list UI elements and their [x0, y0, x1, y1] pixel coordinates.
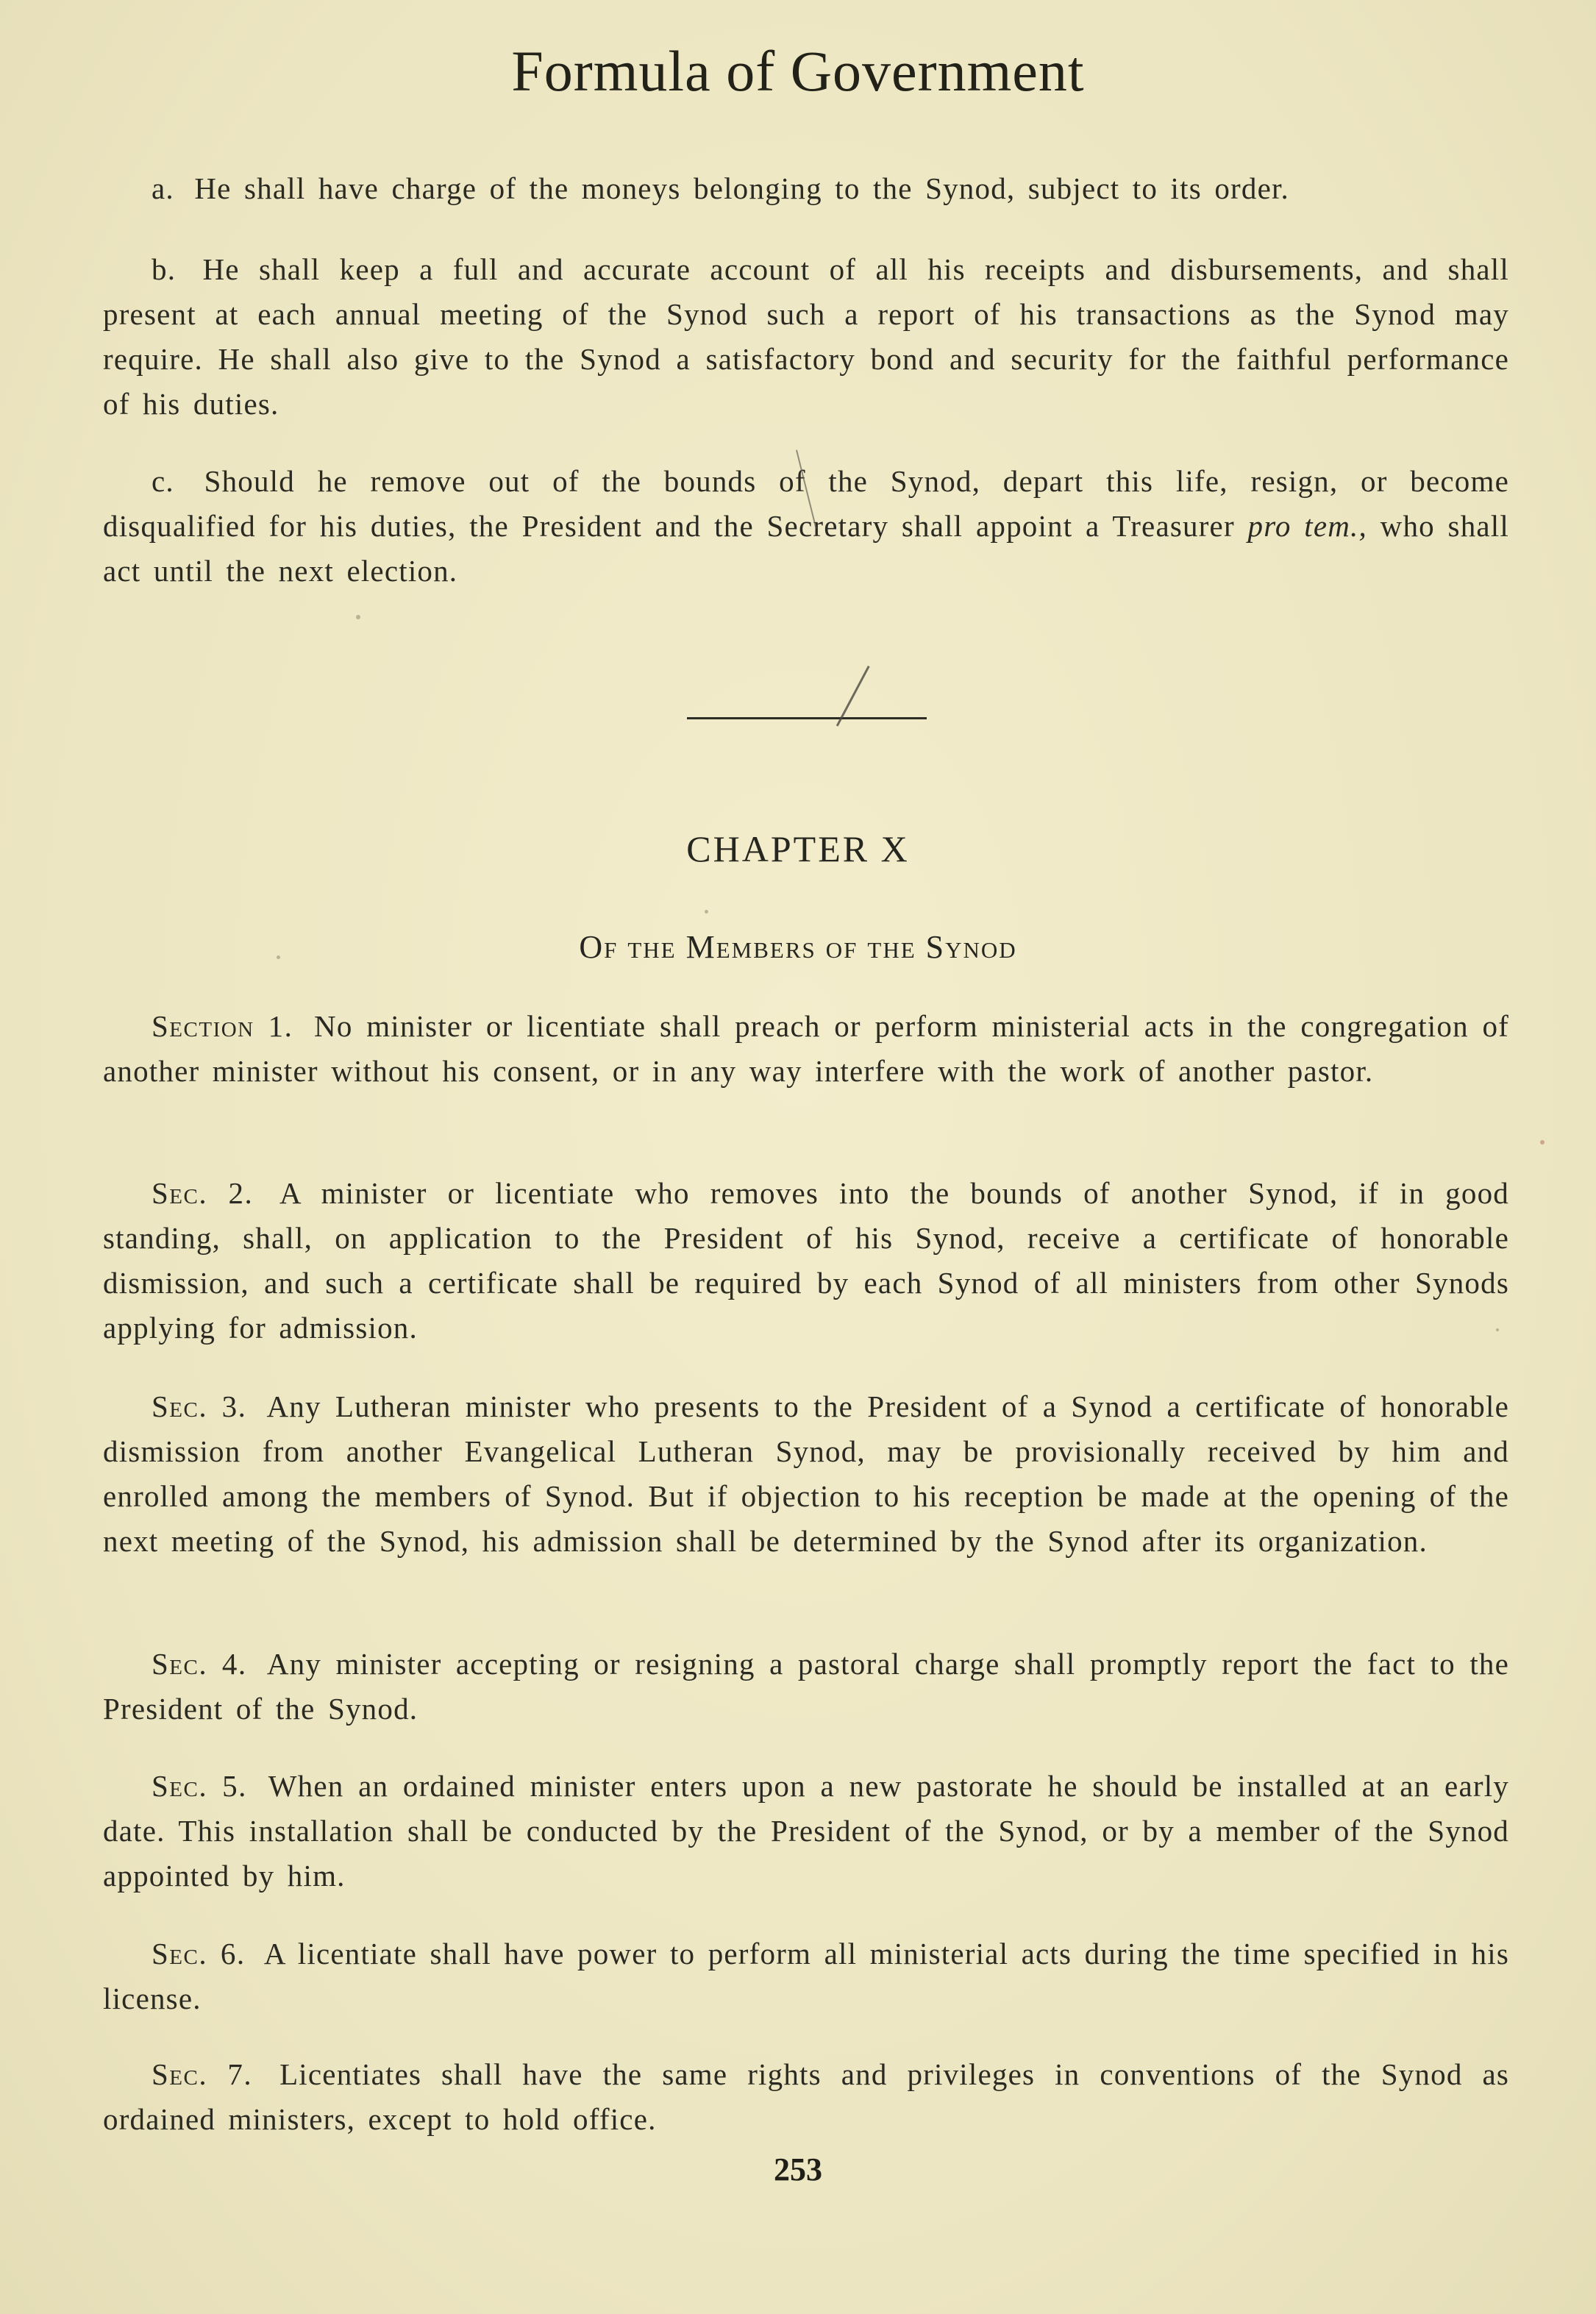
section-text: A minister or licentiate who removes int…	[103, 1176, 1509, 1345]
paper-speck	[277, 955, 280, 959]
book-page: Formula of Government a. He shall have c…	[0, 0, 1596, 2314]
chapter-title: CHAPTER X	[0, 827, 1596, 870]
section-2: Sec. 2. A minister or licentiate who rem…	[103, 1171, 1509, 1350]
section-label: Sec. 5.	[152, 1769, 247, 1803]
clause-b: b. He shall keep a full and accurate acc…	[103, 247, 1509, 427]
paper-speck	[1540, 1140, 1545, 1144]
section-label: Sec. 7.	[152, 2057, 252, 2091]
section-label: Section 1.	[152, 1009, 293, 1043]
paper-speck	[705, 910, 708, 914]
section-text: A licentiate shall have power to perform…	[103, 1937, 1509, 2015]
paper-speck	[1496, 1328, 1499, 1331]
clause-label: b.	[152, 252, 176, 286]
clause-text: He shall keep a full and accurate accoun…	[103, 252, 1509, 421]
clause-a: a. He shall have charge of the moneys be…	[103, 166, 1509, 211]
section-label: Sec. 2.	[152, 1176, 253, 1210]
section-label: Sec. 6.	[152, 1937, 246, 1971]
section-6: Sec. 6. A licentiate shall have power to…	[103, 1932, 1509, 2021]
section-1: Section 1. No minister or licentiate sha…	[103, 1004, 1509, 1094]
clause-text: He shall have charge of the moneys belon…	[194, 171, 1289, 205]
section-label: Sec. 4.	[152, 1647, 247, 1681]
section-7: Sec. 7. Licentiates shall have the same …	[103, 2052, 1509, 2142]
section-3: Sec. 3. Any Lutheran minister who presen…	[103, 1384, 1509, 1564]
section-5: Sec. 5. When an ordained minister enters…	[103, 1764, 1509, 1898]
clause-label: a.	[152, 171, 174, 205]
section-divider-rule	[687, 717, 927, 719]
running-head: Formula of Government	[0, 38, 1596, 104]
section-text: No minister or licentiate shall preach o…	[103, 1009, 1509, 1088]
section-4: Sec. 4. Any minister accepting or resign…	[103, 1642, 1509, 1731]
chapter-subtitle: Of the Members of the Synod	[0, 928, 1596, 966]
clause-italic-text: pro tem.,	[1248, 509, 1367, 543]
section-text: Licentiates shall have the same rights a…	[103, 2057, 1509, 2136]
page-number: 253	[0, 2151, 1596, 2188]
section-text: Any Lutheran minister who presents to th…	[103, 1389, 1509, 1558]
section-label: Sec. 3.	[152, 1389, 246, 1423]
section-text: When an ordained minister enters upon a …	[103, 1769, 1509, 1893]
section-text: Any minister accepting or resigning a pa…	[103, 1647, 1509, 1726]
paper-speck	[356, 615, 360, 619]
clause-label: c.	[152, 464, 174, 498]
clause-c: c. Should he remove out of the bounds of…	[103, 459, 1509, 594]
